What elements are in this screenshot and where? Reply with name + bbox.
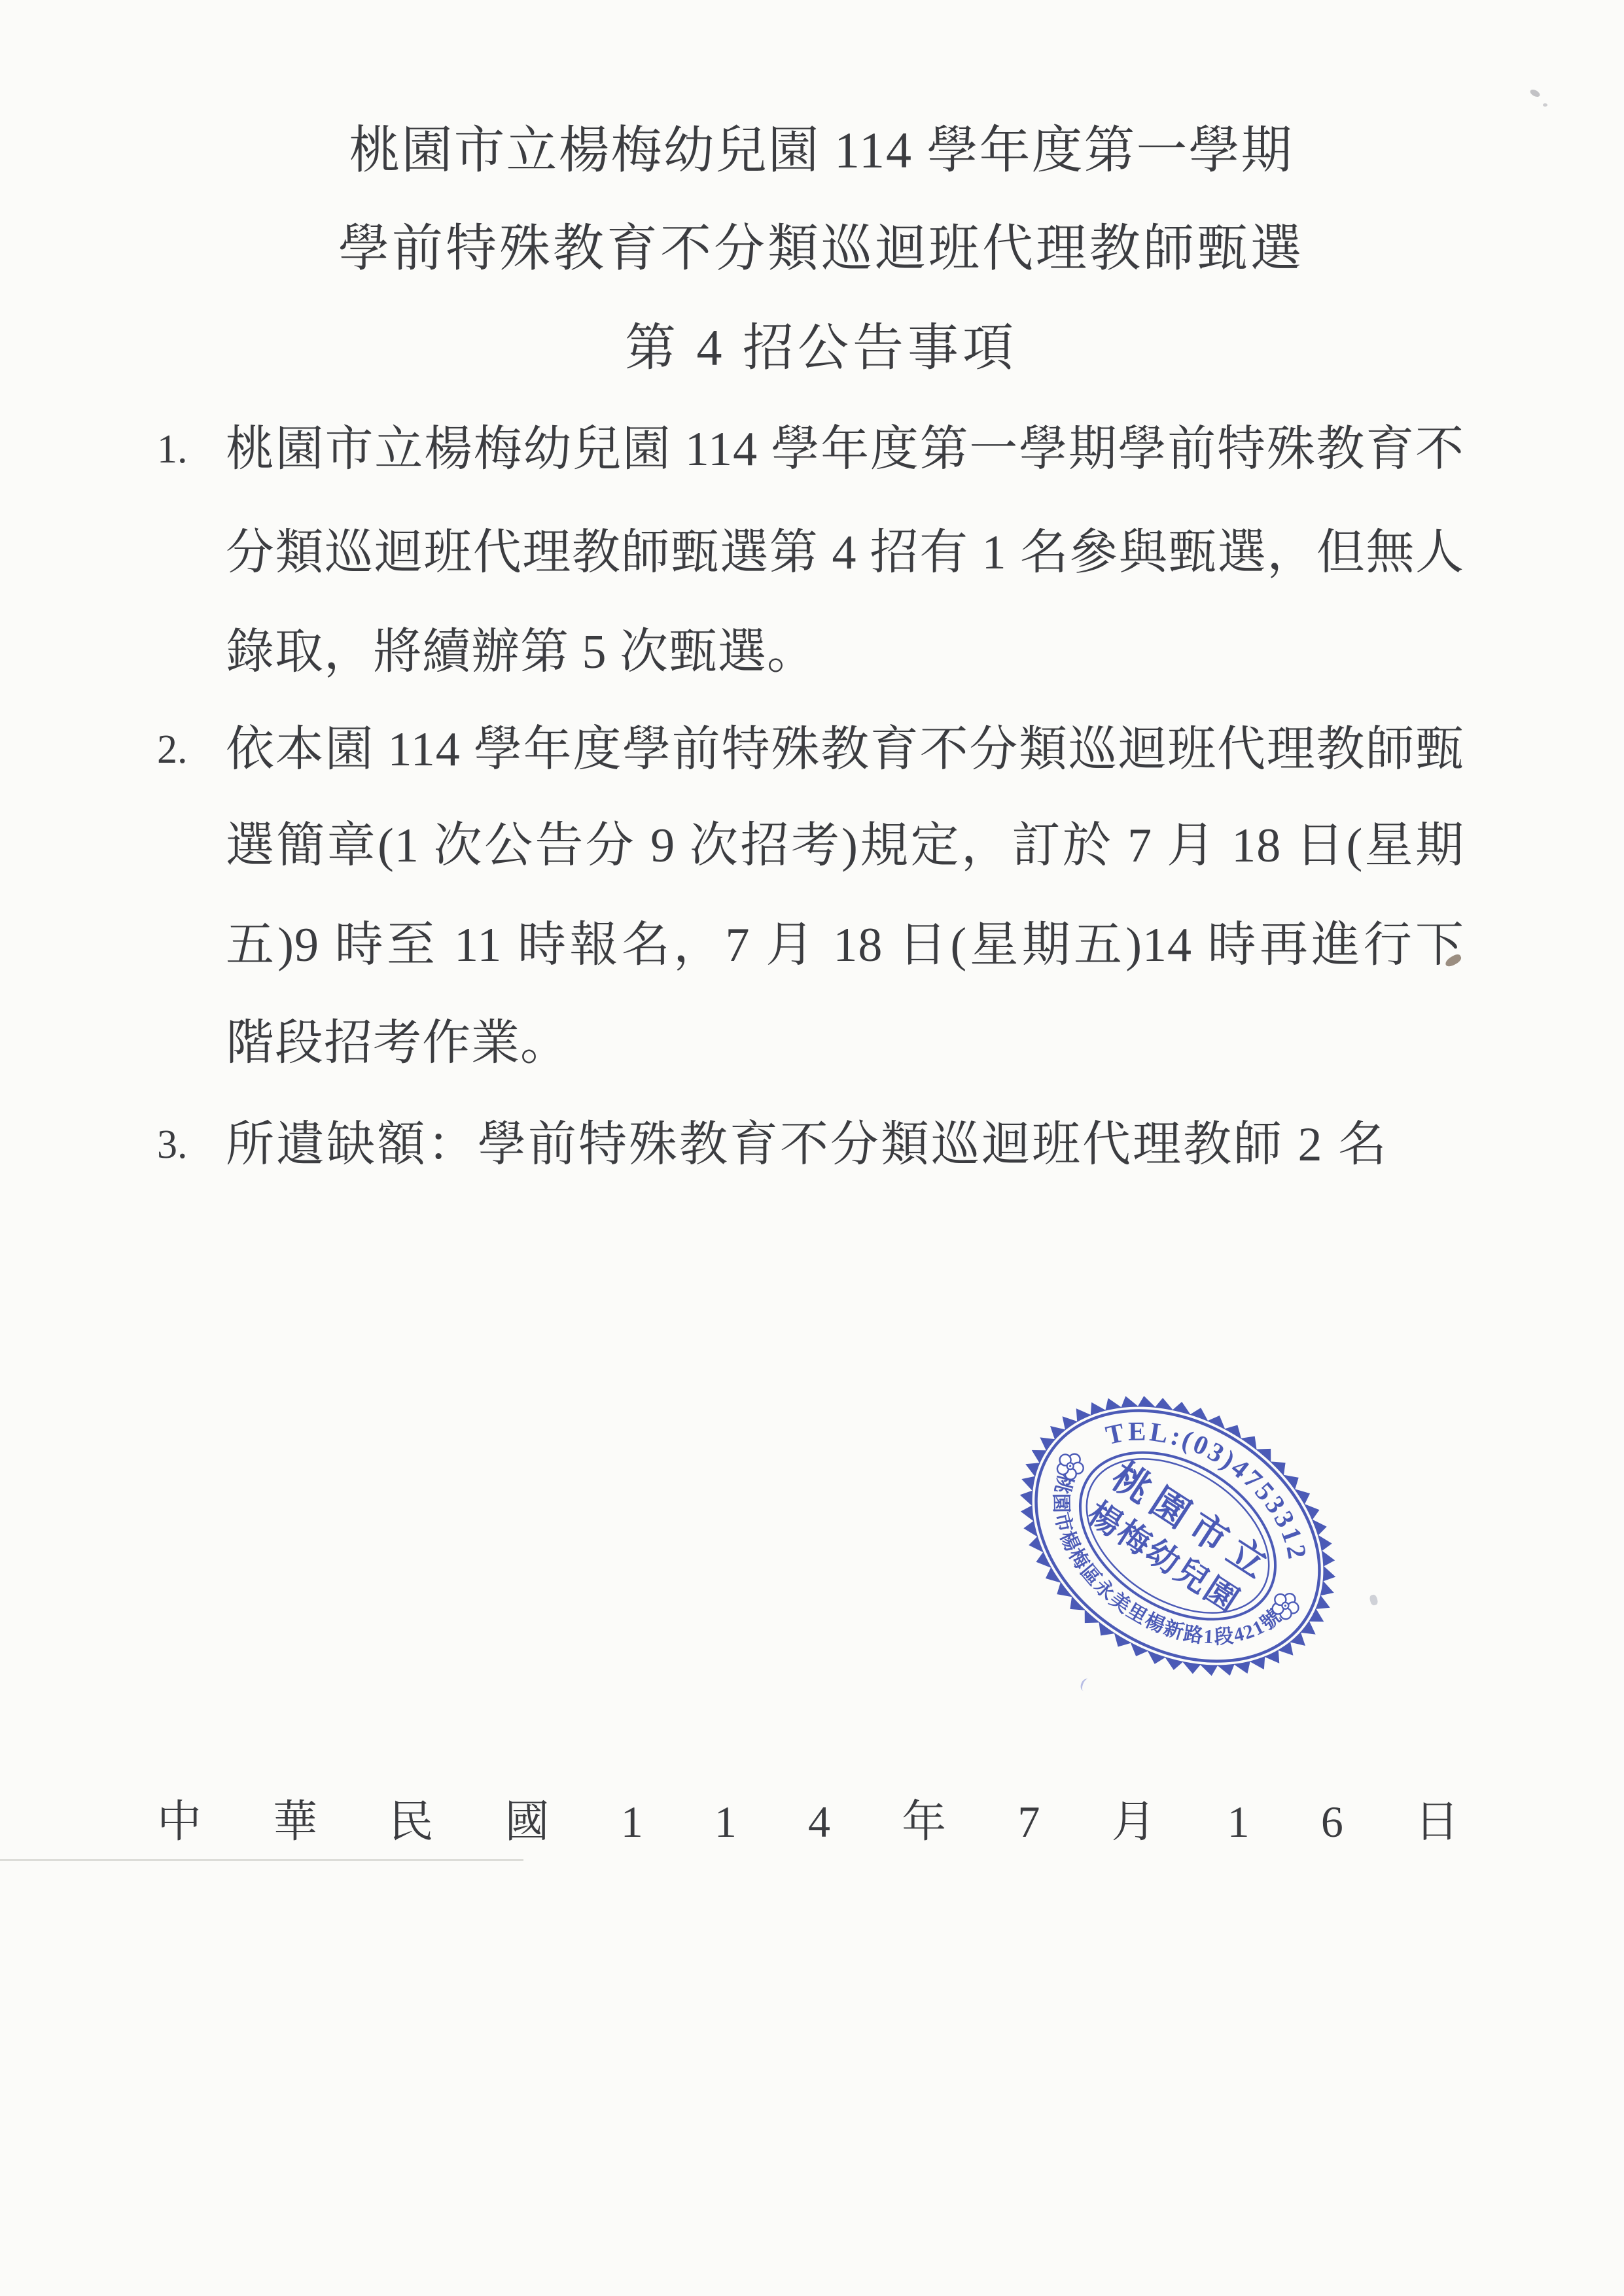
document-title-line-3: 第 4 招公告事項 <box>9 321 1624 375</box>
list-item-2-number: 2. <box>157 723 216 776</box>
list-item-2-line-3: 五)9 時至 11 時報名，7 月 18 日(星期五)14 時再進行下 <box>226 919 1464 971</box>
date-token: 1 <box>715 1798 737 1846</box>
list-item-1-line-2: 分類巡迴班代理教師甄選第 4 招有 1 名參與甄選，但無人 <box>226 527 1464 579</box>
date-token: 1 <box>1227 1798 1250 1846</box>
document-title-line-2: 學前特殊教育不分類巡迴班代理教師甄選 <box>9 221 1624 276</box>
list-item-3-number: 3. <box>157 1119 216 1171</box>
date-token: 6 <box>1321 1798 1343 1846</box>
document-title-line-1: 桃園市立楊梅幼兒園 114 學年度第一學期 <box>9 123 1624 178</box>
date-token: 日 <box>1415 1798 1459 1846</box>
scan-artifact-speck-top-2 <box>1543 103 1547 107</box>
list-item-1-line-3: 錄取，將續辦第 5 次甄選。 <box>226 626 1464 678</box>
list-item-2-line-4: 階段招考作業。 <box>226 1017 1464 1070</box>
issue-date-line: 中 華 民 國 1 1 4 年 7 月 1 6 日 <box>157 1798 1459 1846</box>
list-item-2-line-2: 選簡章(1 次公告分 9 次招考)規定，訂於 7 月 18 日(星期 <box>226 820 1464 872</box>
scan-artifact-speck-top <box>1529 88 1541 98</box>
date-token: 國 <box>505 1798 550 1846</box>
scan-artifact-faint-line <box>0 1859 523 1861</box>
list-item-2-line-1: 依本園 114 學年度學前特殊教育不分類巡迴班代理教師甄 <box>226 723 1464 776</box>
list-item-1-line-1: 桃園市立楊梅幼兒園 114 學年度第一學期學前特殊教育不 <box>226 423 1464 476</box>
list-item-3-line-1: 所遺缺額：學前特殊教育不分類巡迴班代理教師 2 名 <box>226 1119 1464 1171</box>
date-token: 年 <box>902 1798 946 1846</box>
date-token: 民 <box>389 1798 433 1846</box>
official-stamp: TEL:(03)4753312 桃園市楊梅區永美里楊新路1段421號 桃園市立 … <box>1008 1366 1348 1706</box>
scanned-announcement-page: 桃園市立楊梅幼兒園 114 學年度第一學期 學前特殊教育不分類巡迴班代理教師甄選… <box>0 0 1624 2296</box>
scan-artifact-speck-right <box>1369 1594 1379 1606</box>
date-token: 7 <box>1017 1798 1040 1846</box>
date-token: 4 <box>808 1798 830 1846</box>
list-item-1-number: 1. <box>157 423 216 476</box>
date-token: 1 <box>621 1798 643 1846</box>
date-token: 月 <box>1111 1798 1156 1846</box>
date-token: 中 <box>157 1798 202 1846</box>
date-token: 華 <box>273 1798 317 1846</box>
